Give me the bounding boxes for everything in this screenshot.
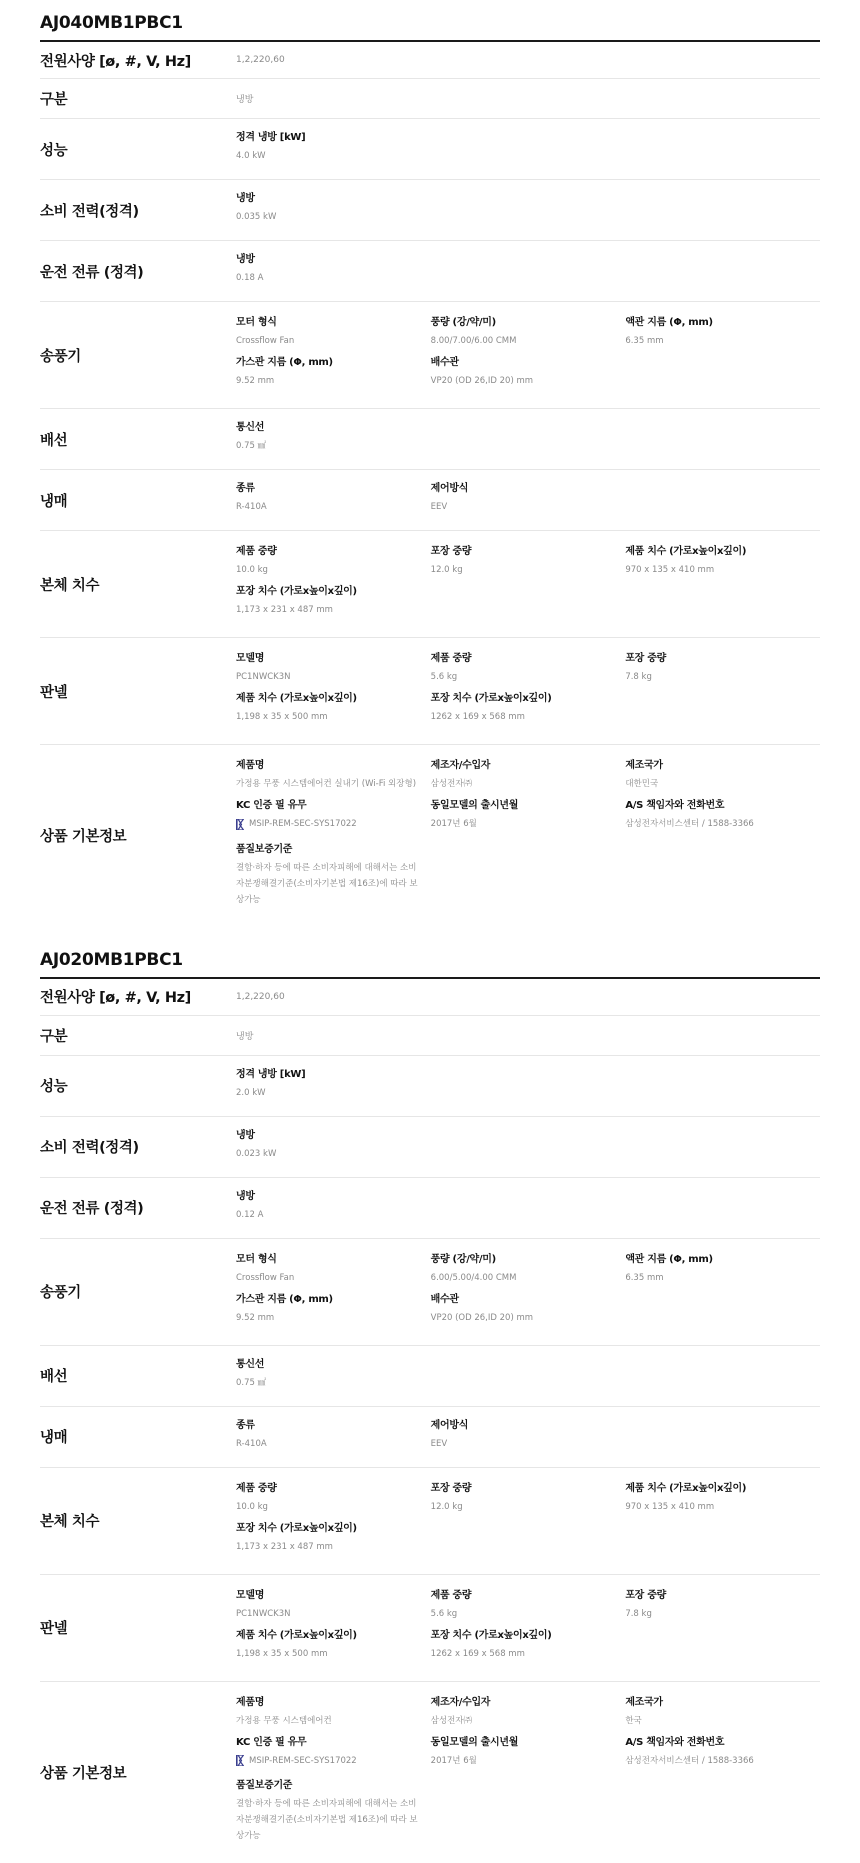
spec-cell-label: 풍량 (강/약/미) [431, 315, 616, 330]
spec-cell-value: 1,198 x 35 x 500 mm [236, 1646, 421, 1662]
spec-page: AJ040MB1PBC1전원사양 [ø, #, V, Hz]1,2,220,60… [0, 0, 860, 1863]
spec-cell: 모터 형식Crossflow Fan [236, 1251, 431, 1291]
spec-cell: 모델명PC1NWCK3N [236, 1587, 431, 1627]
spec-cell-label: 종류 [236, 481, 421, 496]
spec-cell-label: 제품명 [236, 1695, 421, 1710]
kc-cert-number: MSIP-REM-SEC-SYS17022 [249, 816, 357, 832]
spec-row: 성능정격 냉방 [kW]4.0 kW [40, 119, 820, 180]
spec-row: 냉매종류R-410A제어방식EEV [40, 1407, 820, 1468]
spec-cell-value: 1262 x 169 x 568 mm [431, 709, 616, 725]
spec-cell: 동일모델의 출시년월2017년 6월 [431, 1734, 626, 1778]
model-spec-section: AJ040MB1PBC1전원사양 [ø, #, V, Hz]1,2,220,60… [40, 0, 820, 927]
spec-row-label: 송풍기 [40, 1281, 236, 1302]
spec-cell: 풍량 (강/약/미)6.00/5.00/4.00 CMM [431, 1251, 626, 1291]
spec-row: 운전 전류 (정격)냉방0.12 A [40, 1178, 820, 1239]
spec-cell-grid: 제품 중량10.0 kg포장 중량12.0 kg제품 치수 (가로x높이x깊이)… [236, 1480, 820, 1560]
spec-cell-label: 모터 형식 [236, 315, 421, 330]
spec-cell-value: 8.00/7.00/6.00 CMM [431, 333, 616, 349]
spec-cell-value: 삼성전자㈜ [431, 1713, 616, 1729]
spec-cell-value: 5.6 kg [431, 669, 616, 685]
spec-cell-value: 가정용 무풍 시스템에어컨 실내기 (Wi-Fi 외장형) [236, 776, 421, 792]
spec-cell-label: 포장 치수 (가로x높이x깊이) [236, 584, 421, 599]
spec-cell: 제조자/수입자삼성전자㈜ [431, 757, 626, 797]
spec-row-body: 모터 형식Crossflow Fan풍량 (강/약/미)6.00/5.00/4.… [236, 1239, 820, 1345]
spec-cell: 냉방0.12 A [236, 1188, 431, 1228]
spec-cell-value: 6.35 mm [625, 1270, 810, 1286]
spec-cell-grid: 냉방0.12 A [236, 1188, 820, 1228]
spec-row-body: 냉방0.12 A [236, 1178, 820, 1238]
spec-cell-value: 1262 x 169 x 568 mm [431, 1646, 616, 1662]
spec-cell: 액관 지름 (Φ, mm)6.35 mm [625, 314, 820, 354]
spec-cell-value: 2017년 6월 [431, 816, 616, 832]
spec-cell: 제품 치수 (가로x높이x깊이)970 x 135 x 410 mm [625, 543, 820, 583]
spec-cell-value: 7.8 kg [625, 1606, 810, 1622]
spec-cell-grid: 제품명가정용 무풍 시스템에어컨제조자/수입자삼성전자㈜제조국가한국KC 인증 … [236, 1694, 820, 1850]
spec-cell-label: 포장 치수 (가로x높이x깊이) [431, 691, 616, 706]
spec-row-label: 냉매 [40, 490, 236, 511]
kc-certification: MSIP-REM-SEC-SYS17022 [236, 816, 357, 832]
spec-cell-label: 제품 중량 [236, 544, 421, 559]
spec-row: 송풍기모터 형식Crossflow Fan풍량 (강/약/미)8.00/7.00… [40, 302, 820, 409]
spec-cell: 제품 중량10.0 kg [236, 1480, 431, 1520]
spec-cell-value: PC1NWCK3N [236, 669, 421, 685]
spec-row-label: 상품 기본정보 [40, 1762, 236, 1783]
spec-row: 성능정격 냉방 [kW]2.0 kW [40, 1056, 820, 1117]
spec-cell-label: 가스관 지름 (Φ, mm) [236, 355, 421, 370]
spec-cell: 가스관 지름 (Φ, mm)9.52 mm [236, 354, 431, 394]
spec-row-label: 송풍기 [40, 345, 236, 366]
spec-row-body: 1,2,220,60 [236, 42, 820, 78]
spec-row-label: 성능 [40, 139, 236, 160]
spec-cell-grid: 모터 형식Crossflow Fan풍량 (강/약/미)6.00/5.00/4.… [236, 1251, 820, 1331]
spec-row-label: 운전 전류 (정격) [40, 1197, 236, 1218]
spec-row-value: 1,2,220,60 [236, 55, 820, 65]
spec-cell-value: PC1NWCK3N [236, 1606, 421, 1622]
spec-cell-value: 12.0 kg [431, 562, 616, 578]
spec-cell-value: 삼성전자서비스센터 / 1588-3366 [625, 816, 810, 832]
spec-cell-label: 제품 치수 (가로x높이x깊이) [236, 1628, 421, 1643]
spec-row-label: 상품 기본정보 [40, 825, 236, 846]
spec-cell-value: 0.75 ㎟ [236, 438, 421, 454]
spec-row-label: 구분 [40, 1025, 236, 1046]
spec-cell-value: 삼성전자서비스센터 / 1588-3366 [625, 1753, 810, 1769]
spec-cell-label: 동일모델의 출시년월 [431, 798, 616, 813]
spec-cell-label: 모터 형식 [236, 1252, 421, 1267]
spec-cell-label: 제조자/수입자 [431, 1695, 616, 1710]
spec-cell: 냉방0.035 kW [236, 190, 431, 230]
spec-row: 배선통신선0.75 ㎟ [40, 409, 820, 470]
spec-cell-value: 1,173 x 231 x 487 mm [236, 1539, 421, 1555]
spec-cell: 제품 치수 (가로x높이x깊이)970 x 135 x 410 mm [625, 1480, 820, 1520]
spec-row-label: 냉매 [40, 1426, 236, 1447]
spec-row: 판넬모델명PC1NWCK3N제품 중량5.6 kg포장 중량7.8 kg제품 치… [40, 638, 820, 745]
spec-cell-label: 품질보증기준 [236, 1778, 421, 1793]
spec-cell-grid: 정격 냉방 [kW]4.0 kW [236, 129, 820, 169]
spec-row-body: 모터 형식Crossflow Fan풍량 (강/약/미)8.00/7.00/6.… [236, 302, 820, 408]
spec-cell: 포장 치수 (가로x높이x깊이)1,173 x 231 x 487 mm [236, 583, 431, 623]
spec-cell-value: 2017년 6월 [431, 1753, 616, 1769]
spec-cell-grid: 정격 냉방 [kW]2.0 kW [236, 1066, 820, 1106]
spec-cell-value: 6.35 mm [625, 333, 810, 349]
spec-cell-grid: 냉방0.18 A [236, 251, 820, 291]
spec-cell-value: 9.52 mm [236, 373, 421, 389]
spec-cell: KC 인증 필 유무 MSIP-REM-SEC-SYS17022 [236, 797, 431, 841]
spec-cell: 제품 중량10.0 kg [236, 543, 431, 583]
spec-row: 소비 전력(정격)냉방0.035 kW [40, 180, 820, 241]
spec-cell-grid: 통신선0.75 ㎟ [236, 1356, 820, 1396]
spec-cell-label: 배수관 [431, 1292, 616, 1307]
spec-cell: 품질보증기준결함·하자 등에 따른 소비자피해에 대해서는 소비자분쟁해결기준(… [236, 1777, 431, 1849]
spec-cell: 배수관VP20 (OD 26,ID 20) mm [431, 354, 626, 394]
spec-cell-value: R-410A [236, 1436, 421, 1452]
spec-row-body: 정격 냉방 [kW]4.0 kW [236, 119, 820, 179]
spec-cell: A/S 책임자와 전화번호삼성전자서비스센터 / 1588-3366 [625, 797, 820, 841]
spec-row-label: 배선 [40, 429, 236, 450]
spec-row-body: 제품명가정용 무풍 시스템에어컨제조자/수입자삼성전자㈜제조국가한국KC 인증 … [236, 1682, 820, 1863]
spec-cell-label: 제품 치수 (가로x높이x깊이) [625, 544, 810, 559]
spec-cell-value: 한국 [625, 1713, 810, 1729]
spec-row-body: 냉방0.035 kW [236, 180, 820, 240]
spec-cell-label: 포장 치수 (가로x높이x깊이) [431, 1628, 616, 1643]
spec-row: 운전 전류 (정격)냉방0.18 A [40, 241, 820, 302]
spec-cell: 냉방0.18 A [236, 251, 431, 291]
spec-row-label: 판넬 [40, 681, 236, 702]
spec-cell-label: 제어방식 [431, 481, 616, 496]
spec-cell-label: 포장 중량 [431, 1481, 616, 1496]
spec-cell-label: 통신선 [236, 420, 421, 435]
spec-cell: 액관 지름 (Φ, mm)6.35 mm [625, 1251, 820, 1291]
spec-cell-grid: 종류R-410A제어방식EEV [236, 1417, 820, 1457]
spec-cell-grid: 통신선0.75 ㎟ [236, 419, 820, 459]
spec-cell: 풍량 (강/약/미)8.00/7.00/6.00 CMM [431, 314, 626, 354]
spec-cell-grid: 종류R-410A제어방식EEV [236, 480, 820, 520]
spec-cell-grid: 냉방0.035 kW [236, 190, 820, 230]
spec-cell-value: 결함·하자 등에 따른 소비자피해에 대해서는 소비자분쟁해결기준(소비자기본법… [236, 860, 421, 908]
spec-row-body: 모델명PC1NWCK3N제품 중량5.6 kg포장 중량7.8 kg제품 치수 … [236, 638, 820, 744]
spec-cell-value: EEV [431, 1436, 616, 1452]
spec-row-value: 1,2,220,60 [236, 992, 820, 1002]
spec-row: 상품 기본정보제품명가정용 무풍 시스템에어컨 실내기 (Wi-Fi 외장형)제… [40, 745, 820, 927]
kc-cert-number: MSIP-REM-SEC-SYS17022 [249, 1753, 357, 1769]
spec-cell-grid: 제품명가정용 무풍 시스템에어컨 실내기 (Wi-Fi 외장형)제조자/수입자삼… [236, 757, 820, 913]
spec-row-body: 1,2,220,60 [236, 979, 820, 1015]
spec-cell-label: 냉방 [236, 1128, 421, 1143]
spec-cell-label: 제품 치수 (가로x높이x깊이) [625, 1481, 810, 1496]
spec-cell-label: 포장 중량 [625, 1588, 810, 1603]
spec-row-body: 통신선0.75 ㎟ [236, 409, 820, 469]
spec-cell-label: 제품 중량 [431, 1588, 616, 1603]
kc-mark-icon [236, 1755, 244, 1766]
spec-cell-grid: 제품 중량10.0 kg포장 중량12.0 kg제품 치수 (가로x높이x깊이)… [236, 543, 820, 623]
spec-row-body: 정격 냉방 [kW]2.0 kW [236, 1056, 820, 1116]
spec-cell-label: 포장 중량 [625, 651, 810, 666]
spec-row-body: 제품 중량10.0 kg포장 중량12.0 kg제품 치수 (가로x높이x깊이)… [236, 1468, 820, 1574]
spec-cell: 제품 중량5.6 kg [431, 1587, 626, 1627]
spec-cell: 포장 치수 (가로x높이x깊이)1262 x 169 x 568 mm [431, 690, 626, 730]
spec-row-body: 냉방 [236, 79, 820, 118]
spec-cell-value: 1,198 x 35 x 500 mm [236, 709, 421, 725]
spec-cell-value: 6.00/5.00/4.00 CMM [431, 1270, 616, 1286]
spec-cell: 정격 냉방 [kW]2.0 kW [236, 1066, 431, 1106]
spec-cell-value: 4.0 kW [236, 148, 421, 164]
spec-cell-value: 7.8 kg [625, 669, 810, 685]
spec-cell-label: A/S 책임자와 전화번호 [625, 798, 810, 813]
spec-row-label: 본체 치수 [40, 1510, 236, 1531]
spec-cell-label: 배수관 [431, 355, 616, 370]
spec-table: 전원사양 [ø, #, V, Hz]1,2,220,60구분냉방성능정격 냉방 … [40, 42, 820, 927]
spec-cell-label: 제품명 [236, 758, 421, 773]
spec-cell-label: 정격 냉방 [kW] [236, 1067, 421, 1082]
spec-cell-label: 냉방 [236, 252, 421, 267]
spec-cell-label: 제어방식 [431, 1418, 616, 1433]
spec-row-body: 종류R-410A제어방식EEV [236, 1407, 820, 1467]
spec-row-body: 냉방0.18 A [236, 241, 820, 301]
spec-cell: 동일모델의 출시년월2017년 6월 [431, 797, 626, 841]
spec-row-body: 냉방 [236, 1016, 820, 1055]
spec-cell: 제어방식EEV [431, 1417, 626, 1457]
spec-cell: 제어방식EEV [431, 480, 626, 520]
spec-row-body: 제품명가정용 무풍 시스템에어컨 실내기 (Wi-Fi 외장형)제조자/수입자삼… [236, 745, 820, 927]
spec-row-label: 소비 전력(정격) [40, 200, 236, 221]
spec-cell: 제품명가정용 무풍 시스템에어컨 실내기 (Wi-Fi 외장형) [236, 757, 431, 797]
spec-cell-label: 종류 [236, 1418, 421, 1433]
spec-cell-value: Crossflow Fan [236, 333, 421, 349]
spec-cell-value: 0.035 kW [236, 209, 421, 225]
spec-cell: 포장 중량7.8 kg [625, 1587, 820, 1627]
spec-cell: 배수관VP20 (OD 26,ID 20) mm [431, 1291, 626, 1331]
spec-cell-label: 포장 치수 (가로x높이x깊이) [236, 1521, 421, 1536]
model-spec-section: AJ020MB1PBC1전원사양 [ø, #, V, Hz]1,2,220,60… [40, 937, 820, 1863]
spec-cell: 제품 중량5.6 kg [431, 650, 626, 690]
spec-cell-label: 품질보증기준 [236, 842, 421, 857]
spec-cell: 포장 치수 (가로x높이x깊이)1,173 x 231 x 487 mm [236, 1520, 431, 1560]
spec-row-value: 냉방 [236, 92, 820, 105]
spec-row-label: 성능 [40, 1075, 236, 1096]
spec-cell-value: 결함·하자 등에 따른 소비자피해에 대해서는 소비자분쟁해결기준(소비자기본법… [236, 1796, 421, 1844]
spec-cell-label: A/S 책임자와 전화번호 [625, 1735, 810, 1750]
spec-cell-value: 가정용 무풍 시스템에어컨 [236, 1713, 421, 1729]
spec-row-body: 통신선0.75 ㎟ [236, 1346, 820, 1406]
spec-cell-label: 풍량 (강/약/미) [431, 1252, 616, 1267]
spec-cell: 가스관 지름 (Φ, mm)9.52 mm [236, 1291, 431, 1331]
spec-cell-grid: 모델명PC1NWCK3N제품 중량5.6 kg포장 중량7.8 kg제품 치수 … [236, 650, 820, 730]
spec-row: 본체 치수제품 중량10.0 kg포장 중량12.0 kg제품 치수 (가로x높… [40, 1468, 820, 1575]
spec-cell: 종류R-410A [236, 480, 431, 520]
spec-cell-label: 제조자/수입자 [431, 758, 616, 773]
spec-row-body: 냉방0.023 kW [236, 1117, 820, 1177]
spec-cell-value: 1,173 x 231 x 487 mm [236, 602, 421, 618]
spec-row: 본체 치수제품 중량10.0 kg포장 중량12.0 kg제품 치수 (가로x높… [40, 531, 820, 638]
spec-cell: 제품명가정용 무풍 시스템에어컨 [236, 1694, 431, 1734]
spec-cell-value: 0.75 ㎟ [236, 1375, 421, 1391]
spec-row: 냉매종류R-410A제어방식EEV [40, 470, 820, 531]
model-title: AJ020MB1PBC1 [40, 949, 820, 979]
spec-cell-label: 모델명 [236, 651, 421, 666]
spec-cell-value: VP20 (OD 26,ID 20) mm [431, 1310, 616, 1326]
spec-cell-value: 10.0 kg [236, 562, 421, 578]
spec-row: 판넬모델명PC1NWCK3N제품 중량5.6 kg포장 중량7.8 kg제품 치… [40, 1575, 820, 1682]
spec-cell: 정격 냉방 [kW]4.0 kW [236, 129, 431, 169]
spec-cell: 포장 중량12.0 kg [431, 543, 626, 583]
spec-cell-value: VP20 (OD 26,ID 20) mm [431, 373, 616, 389]
spec-cell: 포장 치수 (가로x높이x깊이)1262 x 169 x 568 mm [431, 1627, 626, 1667]
spec-row: 전원사양 [ø, #, V, Hz]1,2,220,60 [40, 42, 820, 79]
spec-cell-value: 970 x 135 x 410 mm [625, 1499, 810, 1515]
spec-cell: 통신선0.75 ㎟ [236, 1356, 431, 1396]
spec-cell: 통신선0.75 ㎟ [236, 419, 431, 459]
spec-row-label: 구분 [40, 88, 236, 109]
spec-cell-value: Crossflow Fan [236, 1270, 421, 1286]
spec-cell: 냉방0.023 kW [236, 1127, 431, 1167]
spec-cell-value: MSIP-REM-SEC-SYS17022 [236, 1753, 421, 1773]
spec-cell-label: 포장 중량 [431, 544, 616, 559]
spec-cell: 품질보증기준결함·하자 등에 따른 소비자피해에 대해서는 소비자분쟁해결기준(… [236, 841, 431, 913]
spec-cell-value: 10.0 kg [236, 1499, 421, 1515]
spec-cell-value: R-410A [236, 499, 421, 515]
spec-cell-label: 제품 중량 [431, 651, 616, 666]
spec-cell-value: 삼성전자㈜ [431, 776, 616, 792]
kc-certification: MSIP-REM-SEC-SYS17022 [236, 1753, 357, 1769]
spec-cell-label: 동일모델의 출시년월 [431, 1735, 616, 1750]
spec-cell: KC 인증 필 유무 MSIP-REM-SEC-SYS17022 [236, 1734, 431, 1778]
spec-cell: 제조자/수입자삼성전자㈜ [431, 1694, 626, 1734]
spec-row-value: 냉방 [236, 1029, 820, 1042]
spec-cell: 포장 중량7.8 kg [625, 650, 820, 690]
spec-cell: 제조국가대한민국 [625, 757, 820, 797]
spec-cell-label: 냉방 [236, 1189, 421, 1204]
spec-cell: 모델명PC1NWCK3N [236, 650, 431, 690]
spec-cell-label: 제품 중량 [236, 1481, 421, 1496]
spec-cell: 제조국가한국 [625, 1694, 820, 1734]
spec-cell-label: 액관 지름 (Φ, mm) [625, 315, 810, 330]
spec-row-label: 전원사양 [ø, #, V, Hz] [40, 986, 236, 1007]
spec-cell-grid: 냉방0.023 kW [236, 1127, 820, 1167]
spec-cell-value: 12.0 kg [431, 1499, 616, 1515]
spec-cell-value: EEV [431, 499, 616, 515]
spec-cell-label: 모델명 [236, 1588, 421, 1603]
spec-row: 구분냉방 [40, 1016, 820, 1056]
spec-cell-label: 냉방 [236, 191, 421, 206]
spec-row-label: 배선 [40, 1365, 236, 1386]
spec-cell-value: 2.0 kW [236, 1085, 421, 1101]
spec-cell: 종류R-410A [236, 1417, 431, 1457]
spec-cell-value: 5.6 kg [431, 1606, 616, 1622]
spec-row-body: 제품 중량10.0 kg포장 중량12.0 kg제품 치수 (가로x높이x깊이)… [236, 531, 820, 637]
spec-cell-label: KC 인증 필 유무 [236, 1735, 421, 1750]
spec-cell-value: 대한민국 [625, 776, 810, 792]
spec-cell-label: 정격 냉방 [kW] [236, 130, 421, 145]
spec-cell: 제품 치수 (가로x높이x깊이)1,198 x 35 x 500 mm [236, 1627, 431, 1667]
spec-row-label: 전원사양 [ø, #, V, Hz] [40, 50, 236, 71]
spec-cell-grid: 모델명PC1NWCK3N제품 중량5.6 kg포장 중량7.8 kg제품 치수 … [236, 1587, 820, 1667]
spec-cell-label: 제조국가 [625, 758, 810, 773]
spec-cell-value: 0.18 A [236, 270, 421, 286]
spec-row: 배선통신선0.75 ㎟ [40, 1346, 820, 1407]
spec-cell-value: 0.023 kW [236, 1146, 421, 1162]
spec-row: 소비 전력(정격)냉방0.023 kW [40, 1117, 820, 1178]
kc-mark-icon [236, 819, 244, 830]
spec-row-body: 종류R-410A제어방식EEV [236, 470, 820, 530]
spec-cell: 포장 중량12.0 kg [431, 1480, 626, 1520]
spec-row: 상품 기본정보제품명가정용 무풍 시스템에어컨제조자/수입자삼성전자㈜제조국가한… [40, 1682, 820, 1863]
spec-cell-grid: 모터 형식Crossflow Fan풍량 (강/약/미)8.00/7.00/6.… [236, 314, 820, 394]
spec-row: 전원사양 [ø, #, V, Hz]1,2,220,60 [40, 979, 820, 1016]
spec-cell: 모터 형식Crossflow Fan [236, 314, 431, 354]
spec-cell-value: MSIP-REM-SEC-SYS17022 [236, 816, 421, 836]
spec-table: 전원사양 [ø, #, V, Hz]1,2,220,60구분냉방성능정격 냉방 … [40, 979, 820, 1863]
spec-cell-label: 제조국가 [625, 1695, 810, 1710]
spec-row: 구분냉방 [40, 79, 820, 119]
spec-row-label: 운전 전류 (정격) [40, 261, 236, 282]
spec-row-label: 본체 치수 [40, 574, 236, 595]
spec-row: 송풍기모터 형식Crossflow Fan풍량 (강/약/미)6.00/5.00… [40, 1239, 820, 1346]
model-title: AJ040MB1PBC1 [40, 12, 820, 42]
spec-cell-value: 0.12 A [236, 1207, 421, 1223]
spec-cell: A/S 책임자와 전화번호삼성전자서비스센터 / 1588-3366 [625, 1734, 820, 1778]
spec-row-body: 모델명PC1NWCK3N제품 중량5.6 kg포장 중량7.8 kg제품 치수 … [236, 1575, 820, 1681]
spec-cell-value: 970 x 135 x 410 mm [625, 562, 810, 578]
spec-cell-label: 액관 지름 (Φ, mm) [625, 1252, 810, 1267]
spec-cell-label: 가스관 지름 (Φ, mm) [236, 1292, 421, 1307]
spec-row-label: 판넬 [40, 1617, 236, 1638]
spec-cell-label: 통신선 [236, 1357, 421, 1372]
spec-cell-label: KC 인증 필 유무 [236, 798, 421, 813]
spec-cell-label: 제품 치수 (가로x높이x깊이) [236, 691, 421, 706]
spec-cell: 제품 치수 (가로x높이x깊이)1,198 x 35 x 500 mm [236, 690, 431, 730]
spec-row-label: 소비 전력(정격) [40, 1136, 236, 1157]
spec-cell-value: 9.52 mm [236, 1310, 421, 1326]
